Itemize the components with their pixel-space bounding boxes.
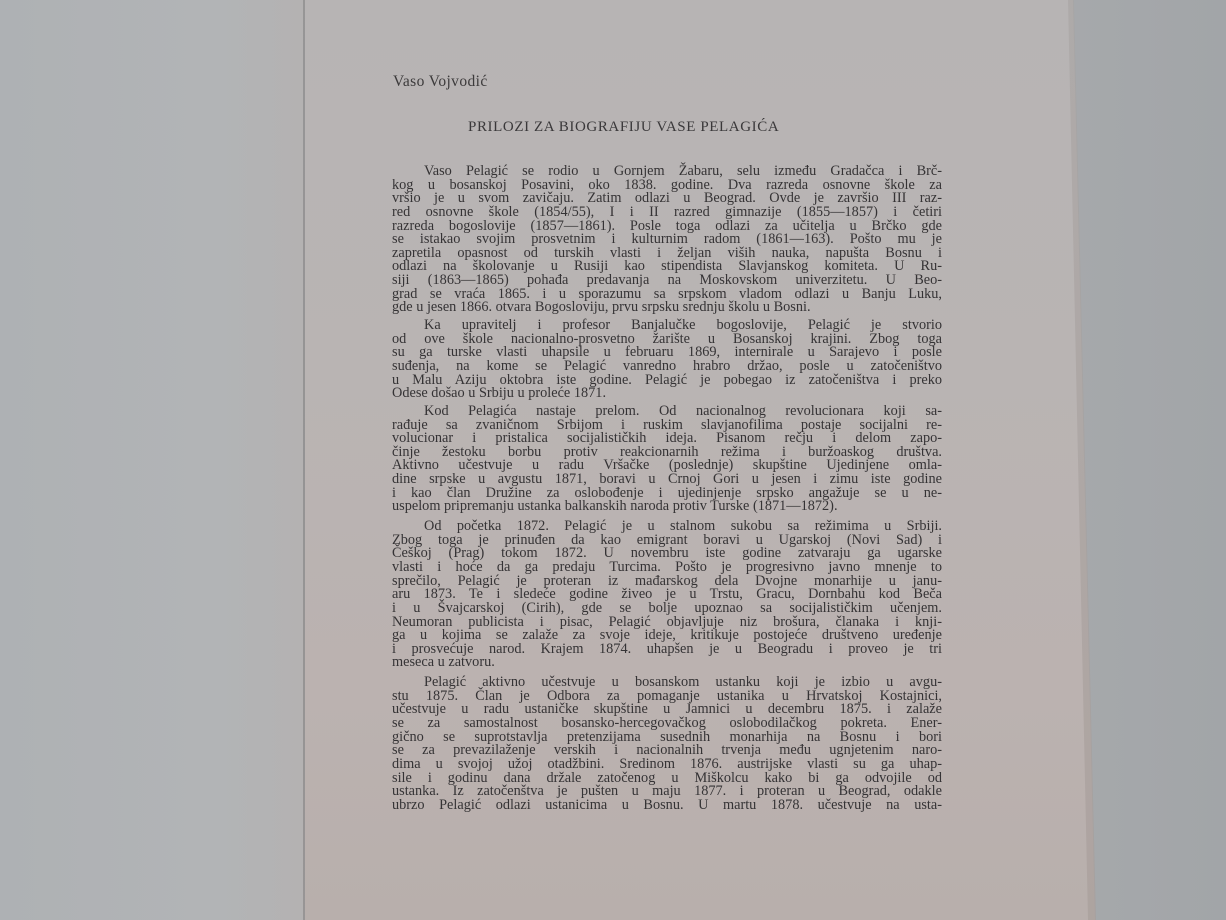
paragraph: Ka upravitelj i profesor Banjalučke bogo…: [392, 319, 942, 401]
paragraph: Od početka 1872. Pelagić je u stalnom su…: [392, 520, 942, 670]
article-title: PRILOZI ZA BIOGRAFIJU VASE PELAGIĆA: [468, 119, 868, 136]
paragraph: Vaso Pelagić se rodio u Gornjem Žabaru, …: [392, 165, 942, 315]
article-body: Vaso Pelagić se rodio u Gornjem Žabaru, …: [392, 165, 942, 816]
paragraph: Pelagić aktivno učestvuje u bosanskom us…: [392, 676, 942, 812]
text-line: gde u jesen 1866. otvara Bogosloviju, pr…: [392, 301, 942, 315]
text-line: meseca u zatvoru.: [392, 656, 942, 670]
author-name: Vaso Vojvodić: [393, 73, 488, 91]
text-line: uspelom pripremanju ustanka balkanskih n…: [392, 500, 942, 514]
photo-scene: Vaso Vojvodić PRILOZI ZA BIOGRAFIJU VASE…: [0, 0, 1226, 920]
text-line: ubrzo Pelagić odlazi ustanicima u Bosnu.…: [392, 799, 942, 813]
paragraph: Kod Pelagića nastaje prelom. Od nacional…: [392, 405, 942, 514]
page-fold: [303, 0, 305, 920]
left-page: [0, 0, 306, 920]
text-line: Odese došao u Srbiju u proleće 1871.: [392, 387, 942, 401]
